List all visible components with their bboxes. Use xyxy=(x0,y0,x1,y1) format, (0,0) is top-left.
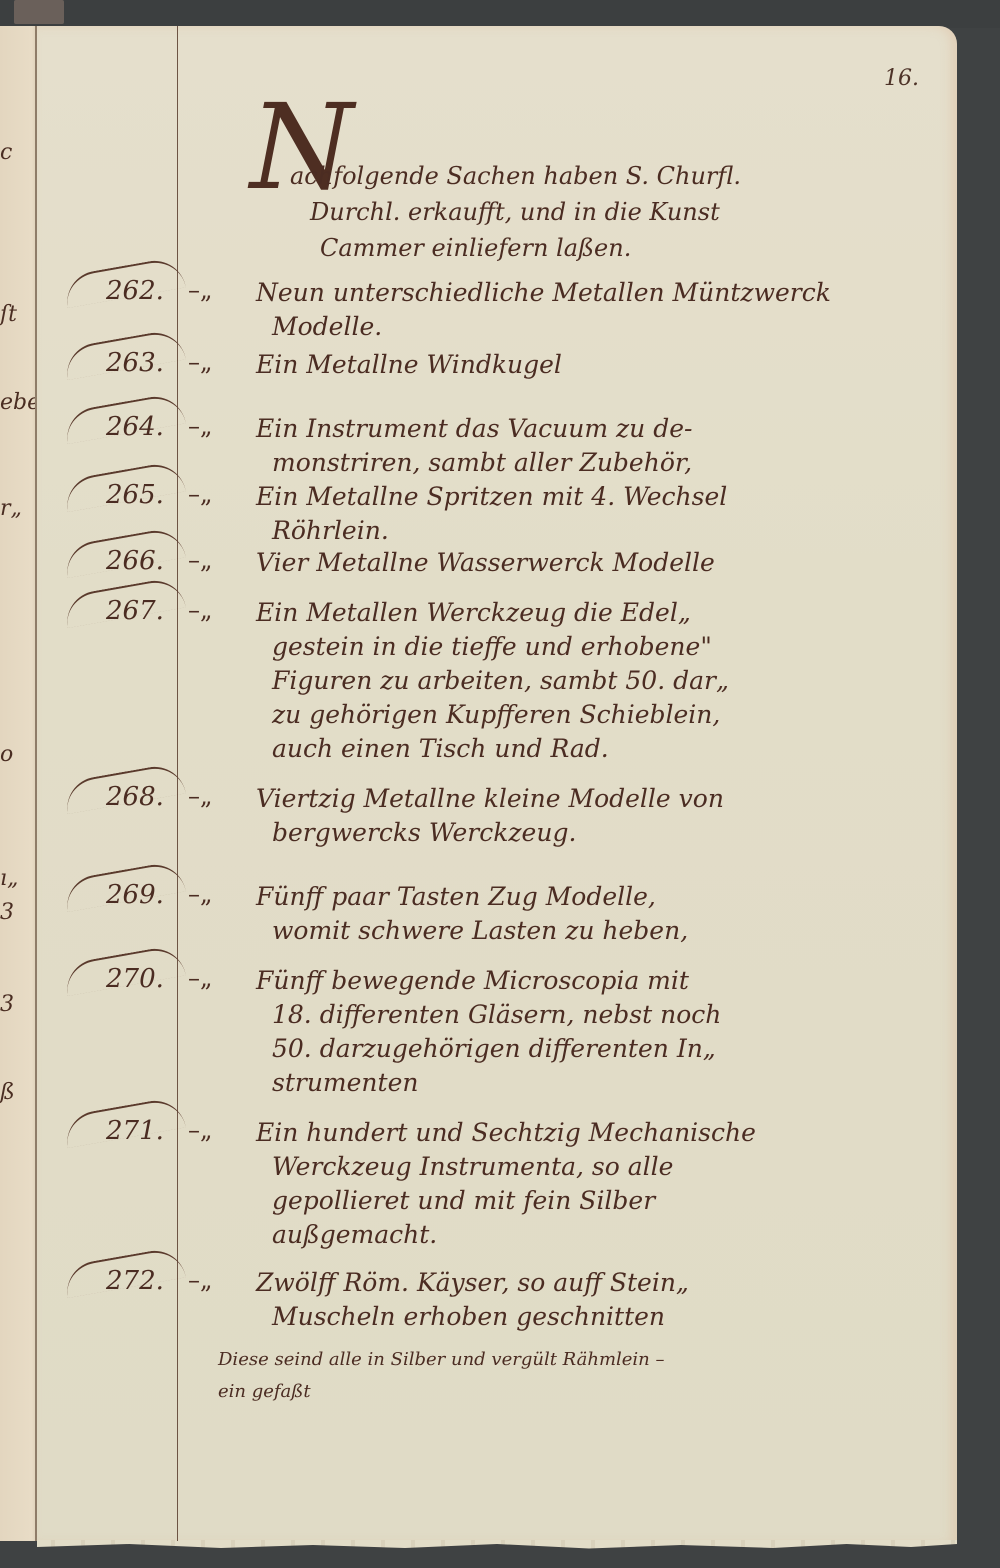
entry-line: auch einen Tisch und Rad. xyxy=(256,732,956,766)
entry-text: Fünff bewegende Microscopia mit 18. diff… xyxy=(256,964,956,1100)
entry-dash: –„ xyxy=(188,596,212,624)
facing-page-fragment: r„ xyxy=(0,496,22,521)
entry-line: Neun unterschiedliche Metallen Müntzwerc… xyxy=(256,276,956,310)
entry-text: Viertzig Metallne kleine Modelle von ber… xyxy=(256,782,956,850)
entry-text: Ein Metallen Werckzeug die Edel„ gestein… xyxy=(256,596,956,766)
entry-line: strumenten xyxy=(256,1066,956,1100)
facing-page-edge: c ſt ebe r„ o ı„ 3 3 ß xyxy=(0,26,40,1541)
entry-dash: –„ xyxy=(188,348,212,376)
entry-line: gepollieret und mit fein Silber xyxy=(256,1184,956,1218)
scan-background xyxy=(0,0,1000,28)
entry-text: Ein Instrument das Vacuum zu de- monstri… xyxy=(256,412,956,480)
facing-page-fragment: o xyxy=(0,742,13,767)
facing-page-fragment: c xyxy=(0,140,12,165)
entry-text: Vier Metallne Wasserwerck Modelle xyxy=(256,546,956,580)
entry-dash: –„ xyxy=(188,276,212,304)
entry-line: womit schwere Lasten zu heben, xyxy=(256,914,956,948)
entry-line: Vier Metallne Wasserwerck Modelle xyxy=(256,546,956,580)
entry-dash: –„ xyxy=(188,880,212,908)
entry-line: Viertzig Metallne kleine Modelle von xyxy=(256,782,956,816)
entry-line: gestein in die tieffe und erhobene" xyxy=(256,630,956,664)
entry-number: 268. xyxy=(106,782,164,812)
heading-line: Cammer einliefern laßen. xyxy=(290,230,950,266)
entry-line: Röhrlein. xyxy=(256,514,956,548)
entry-line: 50. darzugehörigen differenten In„ xyxy=(256,1032,956,1066)
entry-line: 18. differenten Gläsern, nebst noch xyxy=(256,998,956,1032)
entry-line: Fünff bewegende Microscopia mit xyxy=(256,964,956,998)
entry-text: Ein hundert und Sechtzig Mechanische Wer… xyxy=(256,1116,956,1252)
entry-line: bergwercks Werckzeug. xyxy=(256,816,956,850)
entry-number: 265. xyxy=(106,480,164,510)
entry-number: 267. xyxy=(106,596,164,626)
entry-dash: –„ xyxy=(188,1116,212,1144)
entry-line: Ein Metallne Spritzen mit 4. Wechsel xyxy=(256,480,956,514)
entry-line: Ein Instrument das Vacuum zu de- xyxy=(256,412,956,446)
closing-note-line: Diese seind alle in Silber und vergült R… xyxy=(218,1344,938,1376)
entry-line: zu gehörigen Kupfferen Schieblein, xyxy=(256,698,956,732)
entry-line: Zwölff Röm. Käyser, so auff Stein„ xyxy=(256,1266,956,1300)
entry-dash: –„ xyxy=(188,964,212,992)
entry-text: Neun unterschiedliche Metallen Müntzwerc… xyxy=(256,276,956,344)
entry-number: 264. xyxy=(106,412,164,442)
binding-tab xyxy=(14,0,64,24)
entry-number: 272. xyxy=(106,1266,164,1296)
entry-line: Ein Metallne Windkugel xyxy=(256,348,956,382)
entry-text: Ein Metallne Windkugel xyxy=(256,348,956,382)
entry-line: Fünff paar Tasten Zug Modelle, xyxy=(256,880,956,914)
entry-dash: –„ xyxy=(188,480,212,508)
entry-line: Ein hundert und Sechtzig Mechanische xyxy=(256,1116,956,1150)
entry-line: außgemacht. xyxy=(256,1218,956,1252)
facing-page-fragment: 3 xyxy=(0,900,14,925)
entry-dash: –„ xyxy=(188,1266,212,1294)
folio-number: 16. xyxy=(884,66,919,91)
entry-dash: –„ xyxy=(188,546,212,574)
entry-number: 270. xyxy=(106,964,164,994)
entry-dash: –„ xyxy=(188,782,212,810)
entry-line: Modelle. xyxy=(256,310,956,344)
entry-number: 269. xyxy=(106,880,164,910)
entry-number: 266. xyxy=(106,546,164,576)
entry-number: 263. xyxy=(106,348,164,378)
entry-text: Zwölff Röm. Käyser, so auff Stein„ Musch… xyxy=(256,1266,956,1334)
heading-line: achfolgende Sachen haben S. Churfl. xyxy=(290,158,950,194)
entry-line: Muscheln erhoben geschnitten xyxy=(256,1300,956,1334)
entry-text: Ein Metallne Spritzen mit 4. Wechsel Röh… xyxy=(256,480,956,548)
facing-page-fragment: ß xyxy=(0,1080,15,1105)
heading: achfolgende Sachen haben S. Churfl. Durc… xyxy=(290,158,950,266)
entry-line: Figuren zu arbeiten, sambt 50. dar„ xyxy=(256,664,956,698)
entry-line: monstriren, sambt aller Zubehör, xyxy=(256,446,956,480)
facing-page-fragment: ſt xyxy=(0,302,17,327)
facing-page-fragment: 3 xyxy=(0,992,14,1017)
entry-text: Fünff paar Tasten Zug Modelle, womit sch… xyxy=(256,880,956,948)
entry-number: 262. xyxy=(106,276,164,306)
heading-line: Durchl. erkaufft, und in die Kunst xyxy=(290,194,950,230)
closing-note-line: ein gefaßt xyxy=(218,1376,938,1408)
entry-line: Ein Metallen Werckzeug die Edel„ xyxy=(256,596,956,630)
closing-note: Diese seind alle in Silber und vergült R… xyxy=(218,1344,938,1408)
entry-line: Werckzeug Instrumenta, so alle xyxy=(256,1150,956,1184)
facing-page-fragment: ı„ xyxy=(0,866,18,891)
entry-number: 271. xyxy=(106,1116,164,1146)
entry-dash: –„ xyxy=(188,412,212,440)
